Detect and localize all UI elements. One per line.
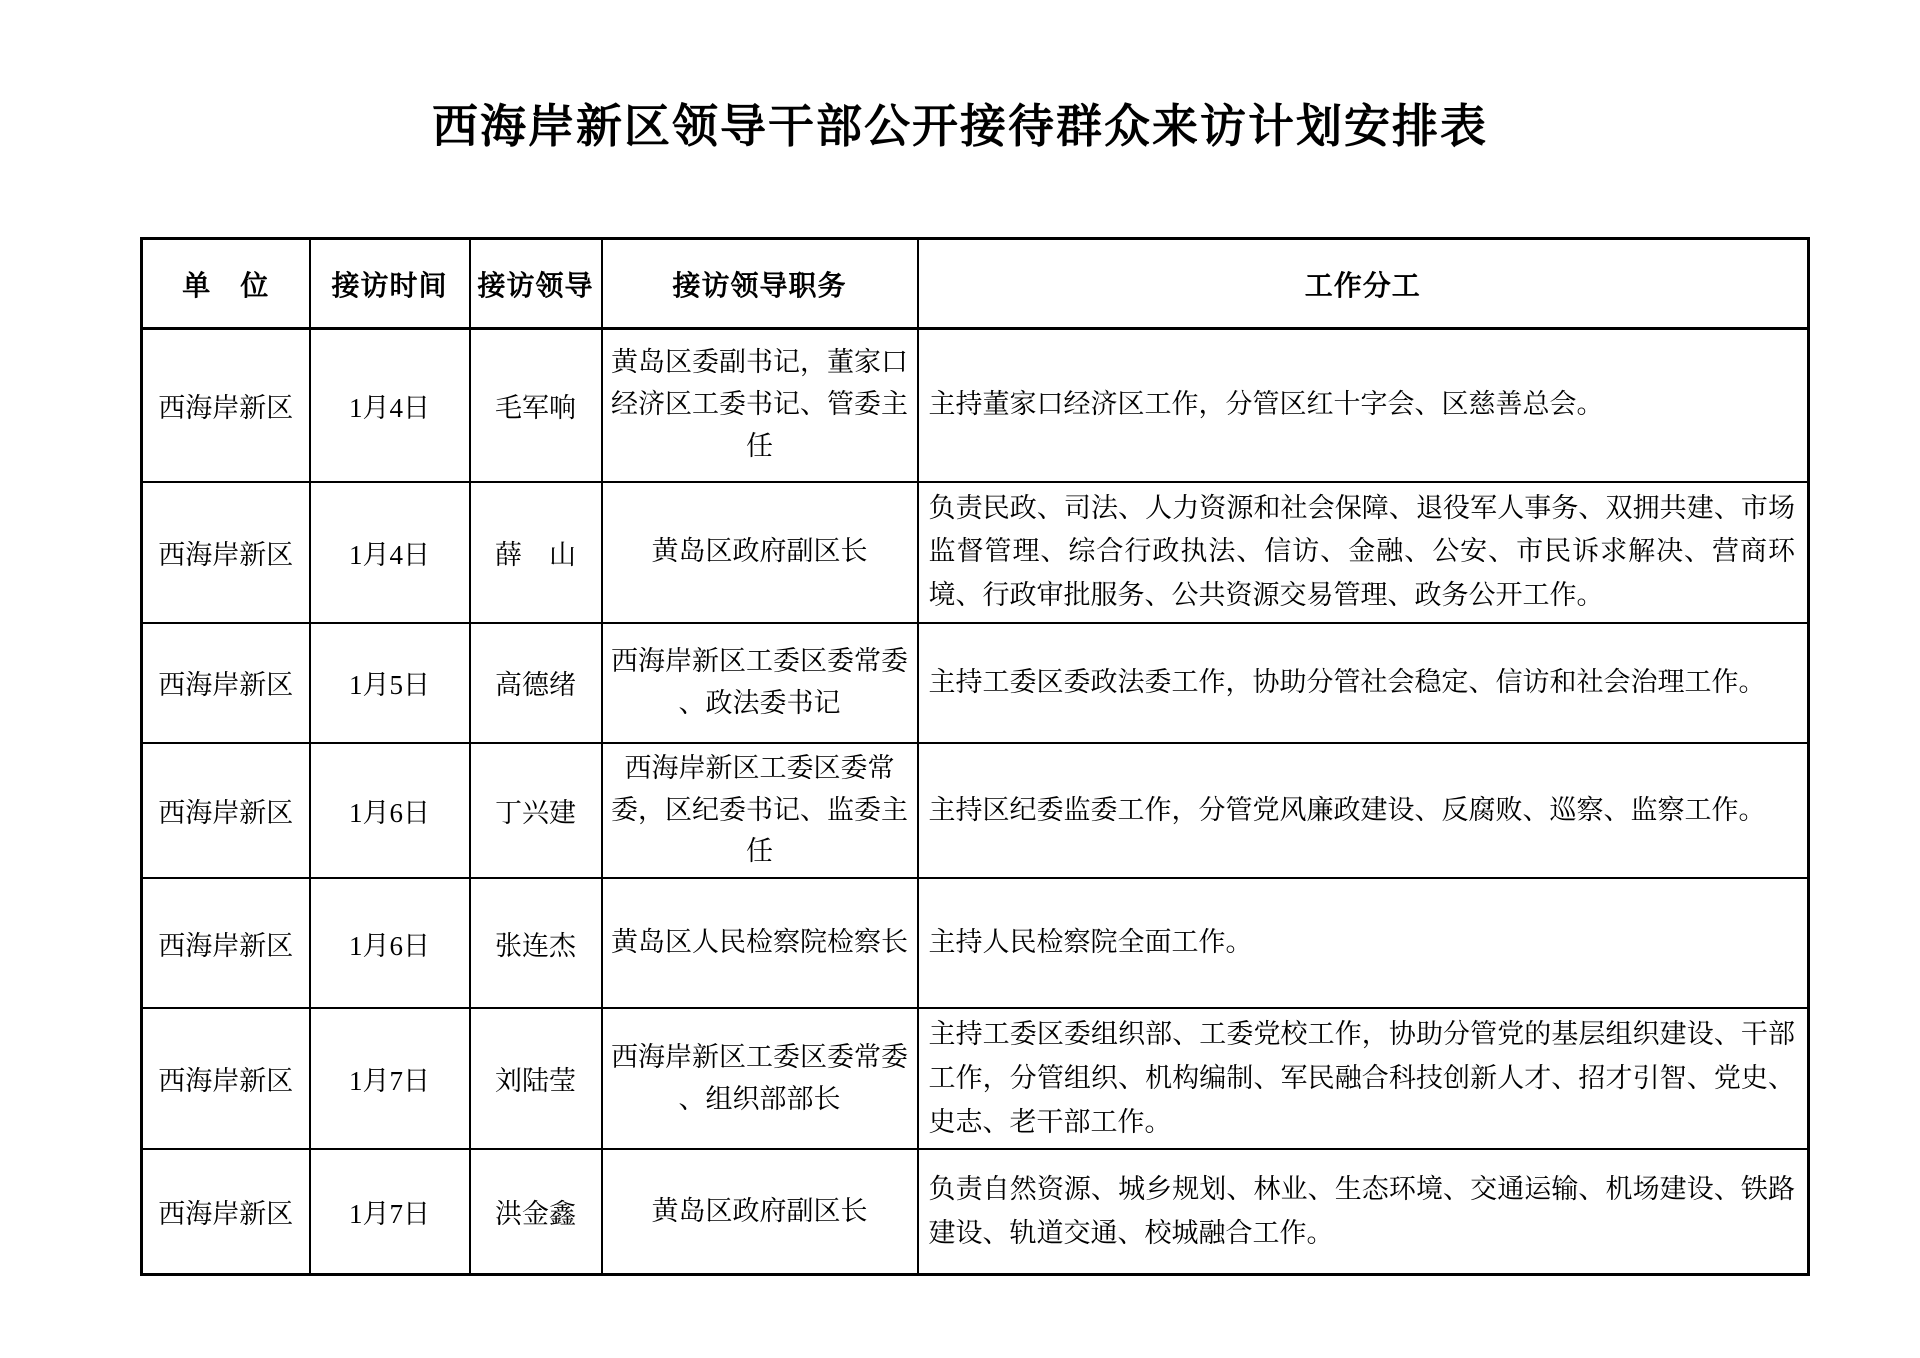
table-row: 西海岸新区1月7日刘陆莹西海岸新区工委区委常委 、组织部部长主持工委区委组织部、… [142,1008,1809,1149]
position-cell: 黄岛区政府副区长 [602,482,918,623]
leader-cell: 洪金鑫 [470,1149,602,1274]
table-row: 西海岸新区1月4日薛 山黄岛区政府副区长负责民政、司法、人力资源和社会保障、退役… [142,482,1809,623]
time-cell: 1月6日 [310,878,470,1008]
unit-cell: 西海岸新区 [142,1008,310,1149]
position-cell: 黄岛区委副书记，董家口 经济区工委书记、管委主 任 [602,329,918,482]
leader-cell: 毛军响 [470,329,602,482]
duty-cell: 主持董家口经济区工作，分管区红十字会、区慈善总会。 [918,329,1809,482]
position-cell: 西海岸新区工委区委常委 、政法委书记 [602,623,918,743]
header-unit: 单 位 [142,239,310,329]
leader-cell: 张连杰 [470,878,602,1008]
table-row: 西海岸新区1月6日丁兴建西海岸新区工委区委常 委，区纪委书记、监委主 任主持区纪… [142,743,1809,879]
duty-cell: 主持人民检察院全面工作。 [918,878,1809,1008]
unit-cell: 西海岸新区 [142,329,310,482]
page-title: 西海岸新区领导干部公开接待群众来访计划安排表 [0,96,1920,158]
header-time: 接访时间 [310,239,470,329]
table-row: 西海岸新区1月6日张连杰黄岛区人民检察院检察长主持人民检察院全面工作。 [142,878,1809,1008]
header-leader: 接访领导 [470,239,602,329]
unit-cell: 西海岸新区 [142,878,310,1008]
time-cell: 1月4日 [310,482,470,623]
duty-cell: 负责民政、司法、人力资源和社会保障、退役军人事务、双拥共建、市场监督管理、综合行… [918,482,1809,623]
time-cell: 1月7日 [310,1008,470,1149]
position-cell: 黄岛区人民检察院检察长 [602,878,918,1008]
unit-cell: 西海岸新区 [142,743,310,879]
time-cell: 1月6日 [310,743,470,879]
unit-cell: 西海岸新区 [142,1149,310,1274]
unit-cell: 西海岸新区 [142,482,310,623]
position-cell: 西海岸新区工委区委常委 、组织部部长 [602,1008,918,1149]
table-body: 西海岸新区1月4日毛军响黄岛区委副书记，董家口 经济区工委书记、管委主 任主持董… [142,329,1809,1275]
leader-cell: 刘陆莹 [470,1008,602,1149]
duty-cell: 负责自然资源、城乡规划、林业、生态环境、交通运输、机场建设、铁路建设、轨道交通、… [918,1149,1809,1274]
position-cell: 黄岛区政府副区长 [602,1149,918,1274]
leader-cell: 薛 山 [470,482,602,623]
time-cell: 1月7日 [310,1149,470,1274]
duty-cell: 主持工委区委组织部、工委党校工作，协助分管党的基层组织建设、干部工作，分管组织、… [918,1008,1809,1149]
leader-cell: 丁兴建 [470,743,602,879]
time-cell: 1月5日 [310,623,470,743]
time-cell: 1月4日 [310,329,470,482]
header-position: 接访领导职务 [602,239,918,329]
duty-cell: 主持区纪委监委工作，分管党风廉政建设、反腐败、巡察、监察工作。 [918,743,1809,879]
header-duty: 工作分工 [918,239,1809,329]
table-row: 西海岸新区1月4日毛军响黄岛区委副书记，董家口 经济区工委书记、管委主 任主持董… [142,329,1809,482]
unit-cell: 西海岸新区 [142,623,310,743]
leader-cell: 高德绪 [470,623,602,743]
table-row: 西海岸新区1月7日洪金鑫黄岛区政府副区长负责自然资源、城乡规划、林业、生态环境、… [142,1149,1809,1274]
schedule-table: 单 位 接访时间 接访领导 接访领导职务 工作分工 西海岸新区1月4日毛军响黄岛… [140,237,1810,1276]
duty-cell: 主持工委区委政法委工作，协助分管社会稳定、信访和社会治理工作。 [918,623,1809,743]
table-row: 西海岸新区1月5日高德绪西海岸新区工委区委常委 、政法委书记主持工委区委政法委工… [142,623,1809,743]
position-cell: 西海岸新区工委区委常 委，区纪委书记、监委主 任 [602,743,918,879]
table-header-row: 单 位 接访时间 接访领导 接访领导职务 工作分工 [142,239,1809,329]
document-page: 西海岸新区领导干部公开接待群众来访计划安排表 单 位 接访时间 接访领导 接访领… [0,0,1920,1358]
